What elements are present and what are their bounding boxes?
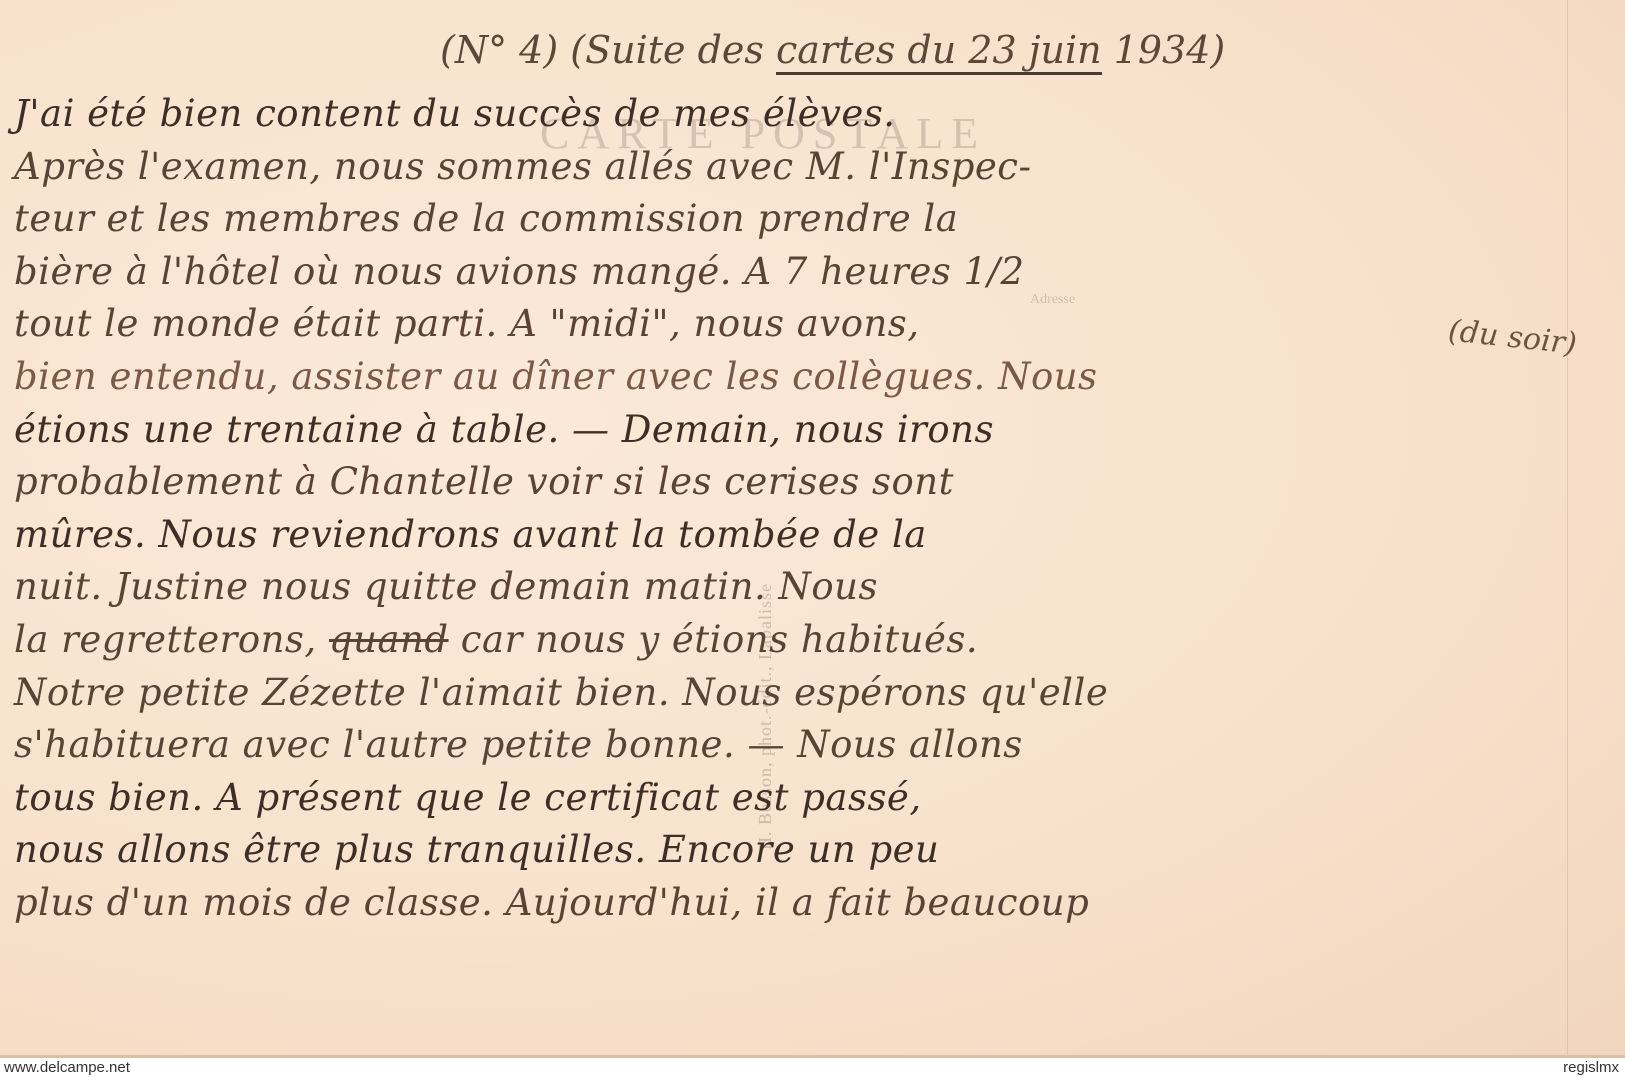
message-fragment: la regretterons, — [14, 618, 329, 661]
message-fragment: car nous y étions habitués. — [449, 618, 979, 661]
watermark-footer: www.delcampe.net regislmx — [0, 1058, 1625, 1077]
handwritten-message: J'ai été bien content du succès de mes é… — [14, 88, 1614, 930]
message-line: étions une trentaine à table. — Demain, … — [14, 404, 1614, 457]
message-line: bière à l'hôtel où nous avions mangé. A … — [14, 246, 1614, 299]
continuation-suffix: 1934) — [1102, 28, 1226, 72]
message-line: Après l'examen, nous sommes allés avec M… — [14, 141, 1614, 194]
message-line: tout le monde était parti. A "midi", nou… — [14, 298, 1614, 351]
card-number: (N° 4) — [440, 28, 558, 72]
message-line: Notre petite Zézette l'aimait bien. Nous… — [14, 667, 1614, 720]
continuation-underlined: cartes du 23 juin — [776, 28, 1102, 75]
site-watermark: www.delcampe.net — [4, 1059, 130, 1076]
message-line: teur et les membres de la commission pre… — [14, 193, 1614, 246]
message-line: probablement à Chantelle voir si les cer… — [14, 456, 1614, 509]
message-line: s'habituera avec l'autre petite bonne. —… — [14, 719, 1614, 772]
message-line: plus d'un mois de classe. Aujourd'hui, i… — [14, 877, 1614, 930]
message-line: J'ai été bien content du succès de mes é… — [14, 88, 1614, 141]
message-line-with-strikethrough: la regretterons, quand car nous y étions… — [14, 614, 1614, 667]
postcard: CARTE POSTALE Adresse H. Besson, phot.-é… — [0, 0, 1625, 1058]
message-line: nuit. Justine nous quitte demain matin. … — [14, 561, 1614, 614]
message-line: nous allons être plus tranquilles. Encor… — [14, 824, 1614, 877]
message-line: tous bien. A présent que le certificat e… — [14, 772, 1614, 825]
struck-word: quand — [329, 618, 449, 661]
seller-watermark: regislmx — [1563, 1059, 1619, 1076]
message-line: mûres. Nous reviendrons avant la tombée … — [14, 509, 1614, 562]
card-header: (N° 4) (Suite des cartes du 23 juin 1934… — [440, 28, 1225, 72]
message-line: bien entendu, assister au dîner avec les… — [14, 351, 1614, 404]
continuation-prefix: (Suite des — [570, 28, 776, 72]
